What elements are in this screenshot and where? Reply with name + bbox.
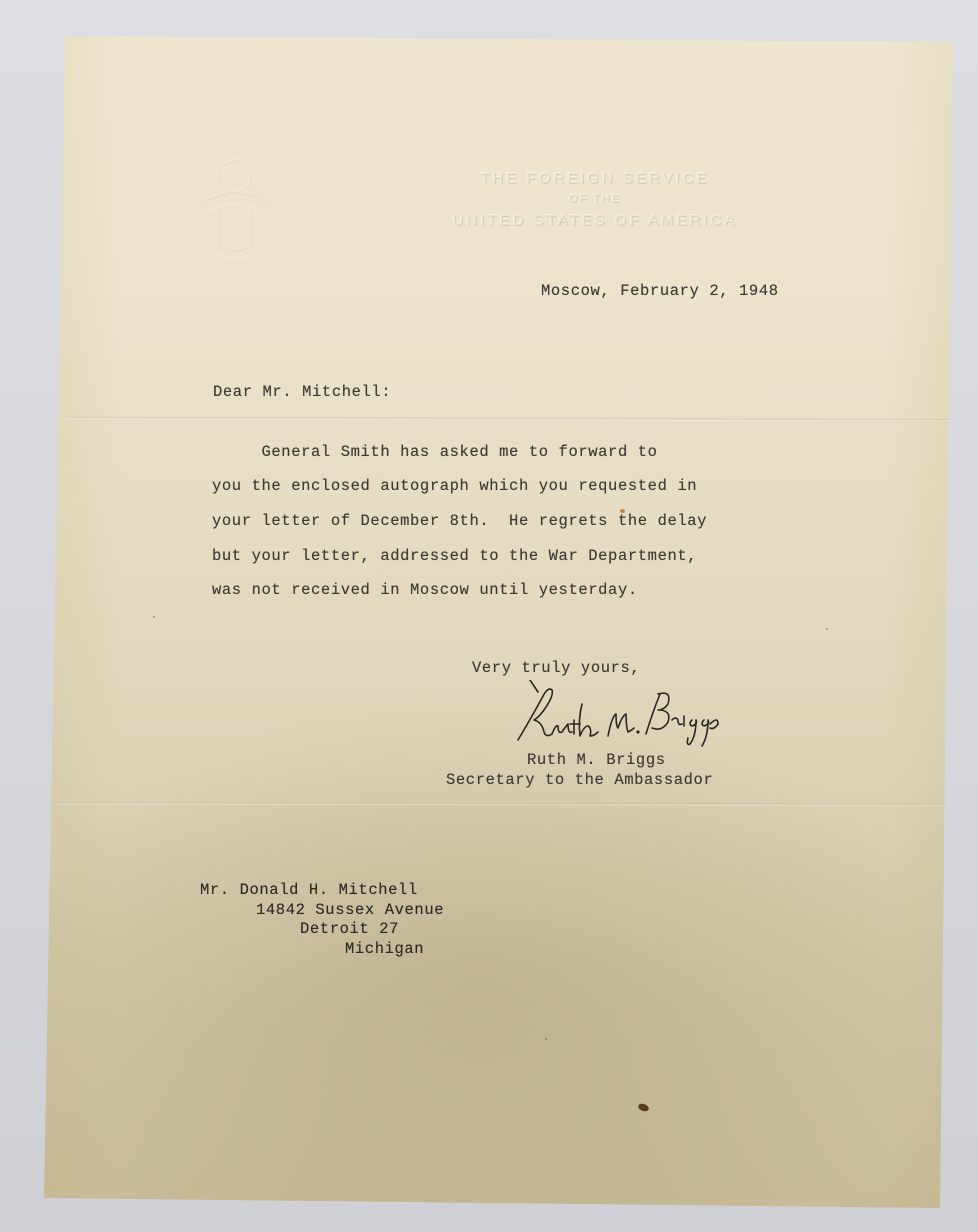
closing: Very truly yours, [472, 659, 640, 677]
foxing-spot [620, 509, 625, 513]
signer-name: Ruth M. Briggs [527, 751, 666, 769]
body-line-3: your letter of December 8th. He regrets … [212, 512, 707, 530]
recipient-street: 14842 Sussex Avenue [256, 901, 444, 919]
body-line-1: General Smith has asked me to forward to [212, 443, 658, 461]
paper-speck [826, 628, 828, 630]
letterhead-line-3: UNITED STATES OF AMERICA [445, 210, 745, 231]
handwritten-signature [512, 680, 722, 752]
recipient-city: Detroit 27 [300, 920, 399, 938]
recipient-name: Mr. Donald H. Mitchell [200, 881, 418, 899]
embossed-letterhead: THE FOREIGN SERVICE OF THE UNITED STATES… [445, 168, 745, 231]
paper-speck [545, 1038, 547, 1040]
letterhead-line-2: OF THE [445, 189, 745, 210]
embossed-seal-icon [192, 152, 276, 270]
salutation: Dear Mr. Mitchell: [213, 383, 391, 401]
paper-speck [153, 616, 155, 618]
signer-title: Secretary to the Ambassador [446, 771, 713, 789]
date-line: Moscow, February 2, 1948 [541, 282, 779, 300]
body-line-5: was not received in Moscow until yesterd… [212, 581, 638, 599]
recipient-state: Michigan [345, 940, 424, 958]
body-line-4: but your letter, addressed to the War De… [212, 547, 697, 565]
letterhead-line-1: THE FOREIGN SERVICE [445, 168, 745, 189]
body-line-2: you the enclosed autograph which you req… [212, 477, 697, 495]
